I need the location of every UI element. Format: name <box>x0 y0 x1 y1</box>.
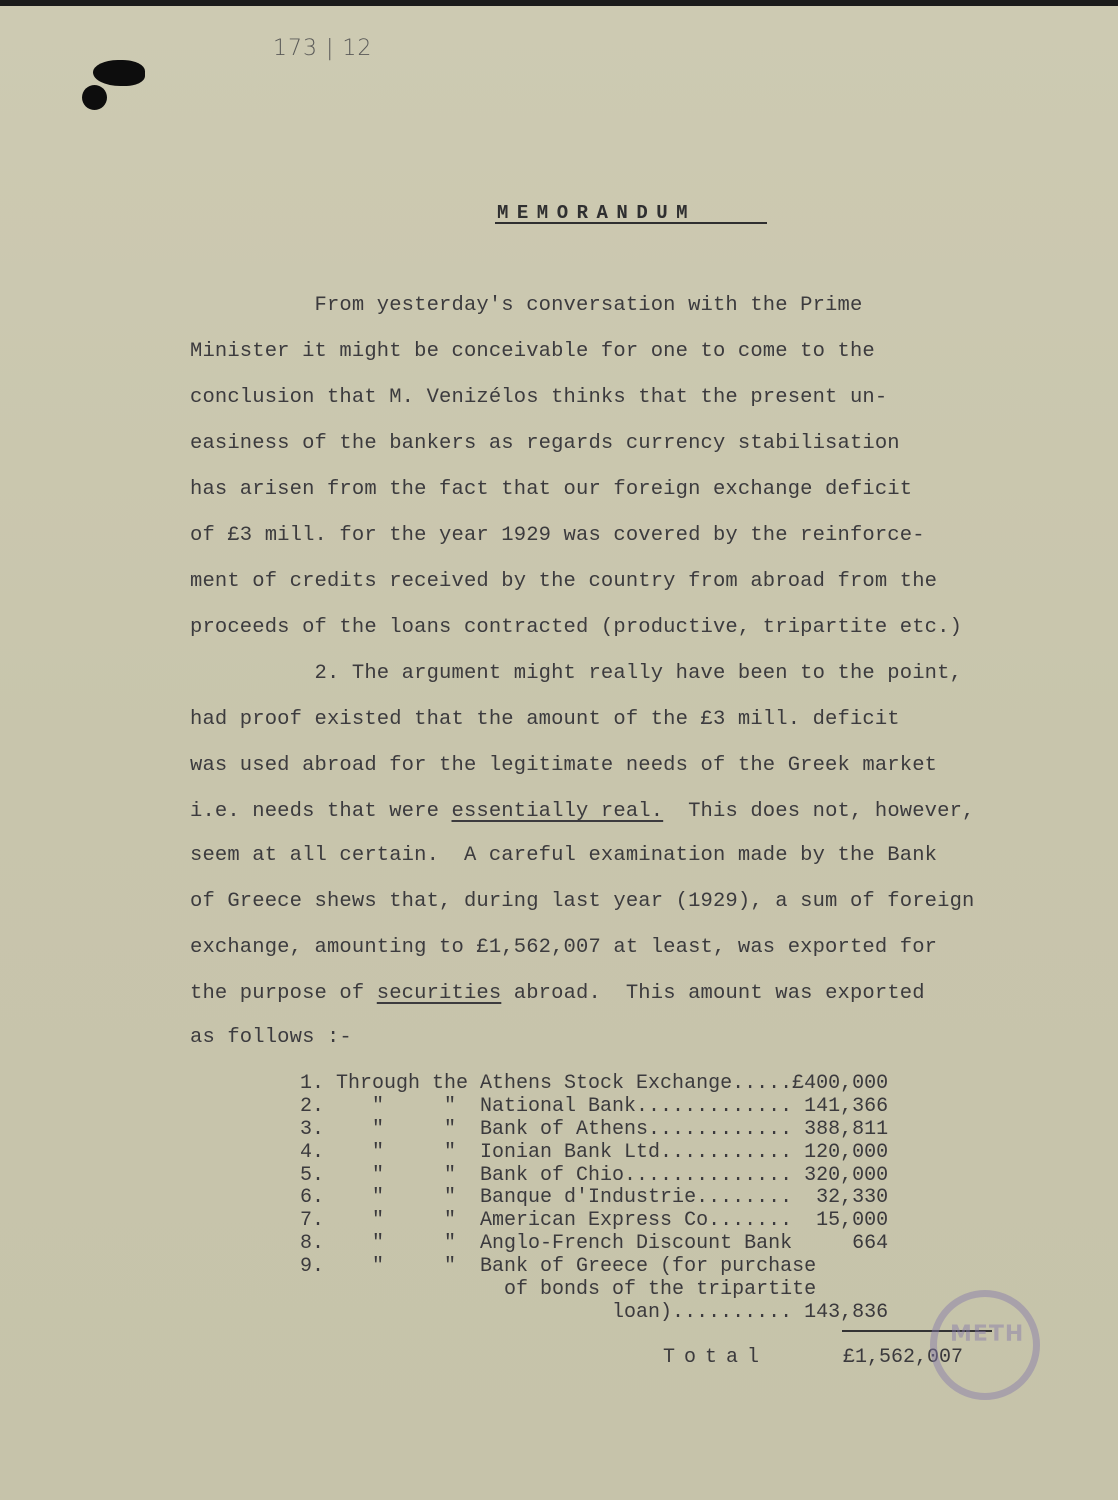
export-list-row: 2. " " National Bank............. 141,36… <box>300 1096 888 1118</box>
paragraph1-line: conclusion that M. Venizélos thinks that… <box>190 386 887 409</box>
paragraph2-line: as follows :- <box>190 1026 352 1049</box>
text-segment: i.e. needs that were <box>190 800 452 823</box>
paragraph2-line: seem at all certain. A careful examinati… <box>190 844 937 867</box>
export-list-row: 1. Through the Athens Stock Exchange....… <box>300 1073 888 1095</box>
text-segment: the purpose of <box>190 982 377 1005</box>
export-list-row: 6. " " Banque d'Industrie........ 32,330 <box>300 1187 888 1209</box>
archive-number: 173 | 12 <box>273 36 372 61</box>
export-list-row: 9. " " Bank of Greece (for purchase <box>300 1256 816 1278</box>
underlined-emphasis: essentially real. <box>452 800 664 823</box>
text-segment: abroad. This amount was exported <box>501 982 924 1005</box>
paragraph2-line: the purpose of securities abroad. This a… <box>190 982 925 1005</box>
paragraph1-line: easiness of the bankers as regards curre… <box>190 432 900 455</box>
archive-stamp-text: ΜΕΤΗ <box>950 1322 1024 1347</box>
export-list-row: 7. " " American Express Co....... 15,000 <box>300 1210 888 1232</box>
document-title: MEMORANDUM <box>497 202 696 224</box>
export-list-row: 4. " " Ionian Bank Ltd........... 120,00… <box>300 1142 888 1164</box>
paragraph2-line: was used abroad for the legitimate needs… <box>190 754 937 777</box>
paragraph1-line: Minister it might be conceivable for one… <box>190 340 875 363</box>
ink-blot-mark <box>93 60 145 86</box>
export-list-row: 5. " " Bank of Chio.............. 320,00… <box>300 1165 888 1187</box>
paragraph2-line: 2. The argument might really have been t… <box>190 662 962 685</box>
paragraph2-line: of Greece shews that, during last year (… <box>190 890 974 913</box>
export-list-row: loan).......... 143,836 <box>300 1302 888 1324</box>
paragraph1-line: of £3 mill. for the year 1929 was covere… <box>190 524 925 547</box>
paragraph1-line: has arisen from the fact that our foreig… <box>190 478 912 501</box>
paragraph1-line: proceeds of the loans contracted (produc… <box>190 616 962 639</box>
paragraph1-line: ment of credits received by the country … <box>190 570 937 593</box>
paragraph2-line: exchange, amounting to £1,562,007 at lea… <box>190 936 937 959</box>
export-list-row: of bonds of the tripartite <box>300 1279 816 1301</box>
paragraph1-line: From yesterday's conversation with the P… <box>190 294 862 317</box>
paragraph2-line: had proof existed that the amount of the… <box>190 708 900 731</box>
export-list-row: 3. " " Bank of Athens............ 388,81… <box>300 1119 888 1141</box>
paragraph2-line: i.e. needs that were essentially real. T… <box>190 800 975 823</box>
underlined-emphasis: securities <box>377 982 502 1005</box>
total-label: Total <box>663 1346 768 1369</box>
title-underline <box>495 222 767 224</box>
export-list-row: 8. " " Anglo-French Discount Bank 664 <box>300 1233 888 1255</box>
text-segment: This does not, however, <box>663 800 974 823</box>
ink-dot-mark <box>82 85 107 110</box>
